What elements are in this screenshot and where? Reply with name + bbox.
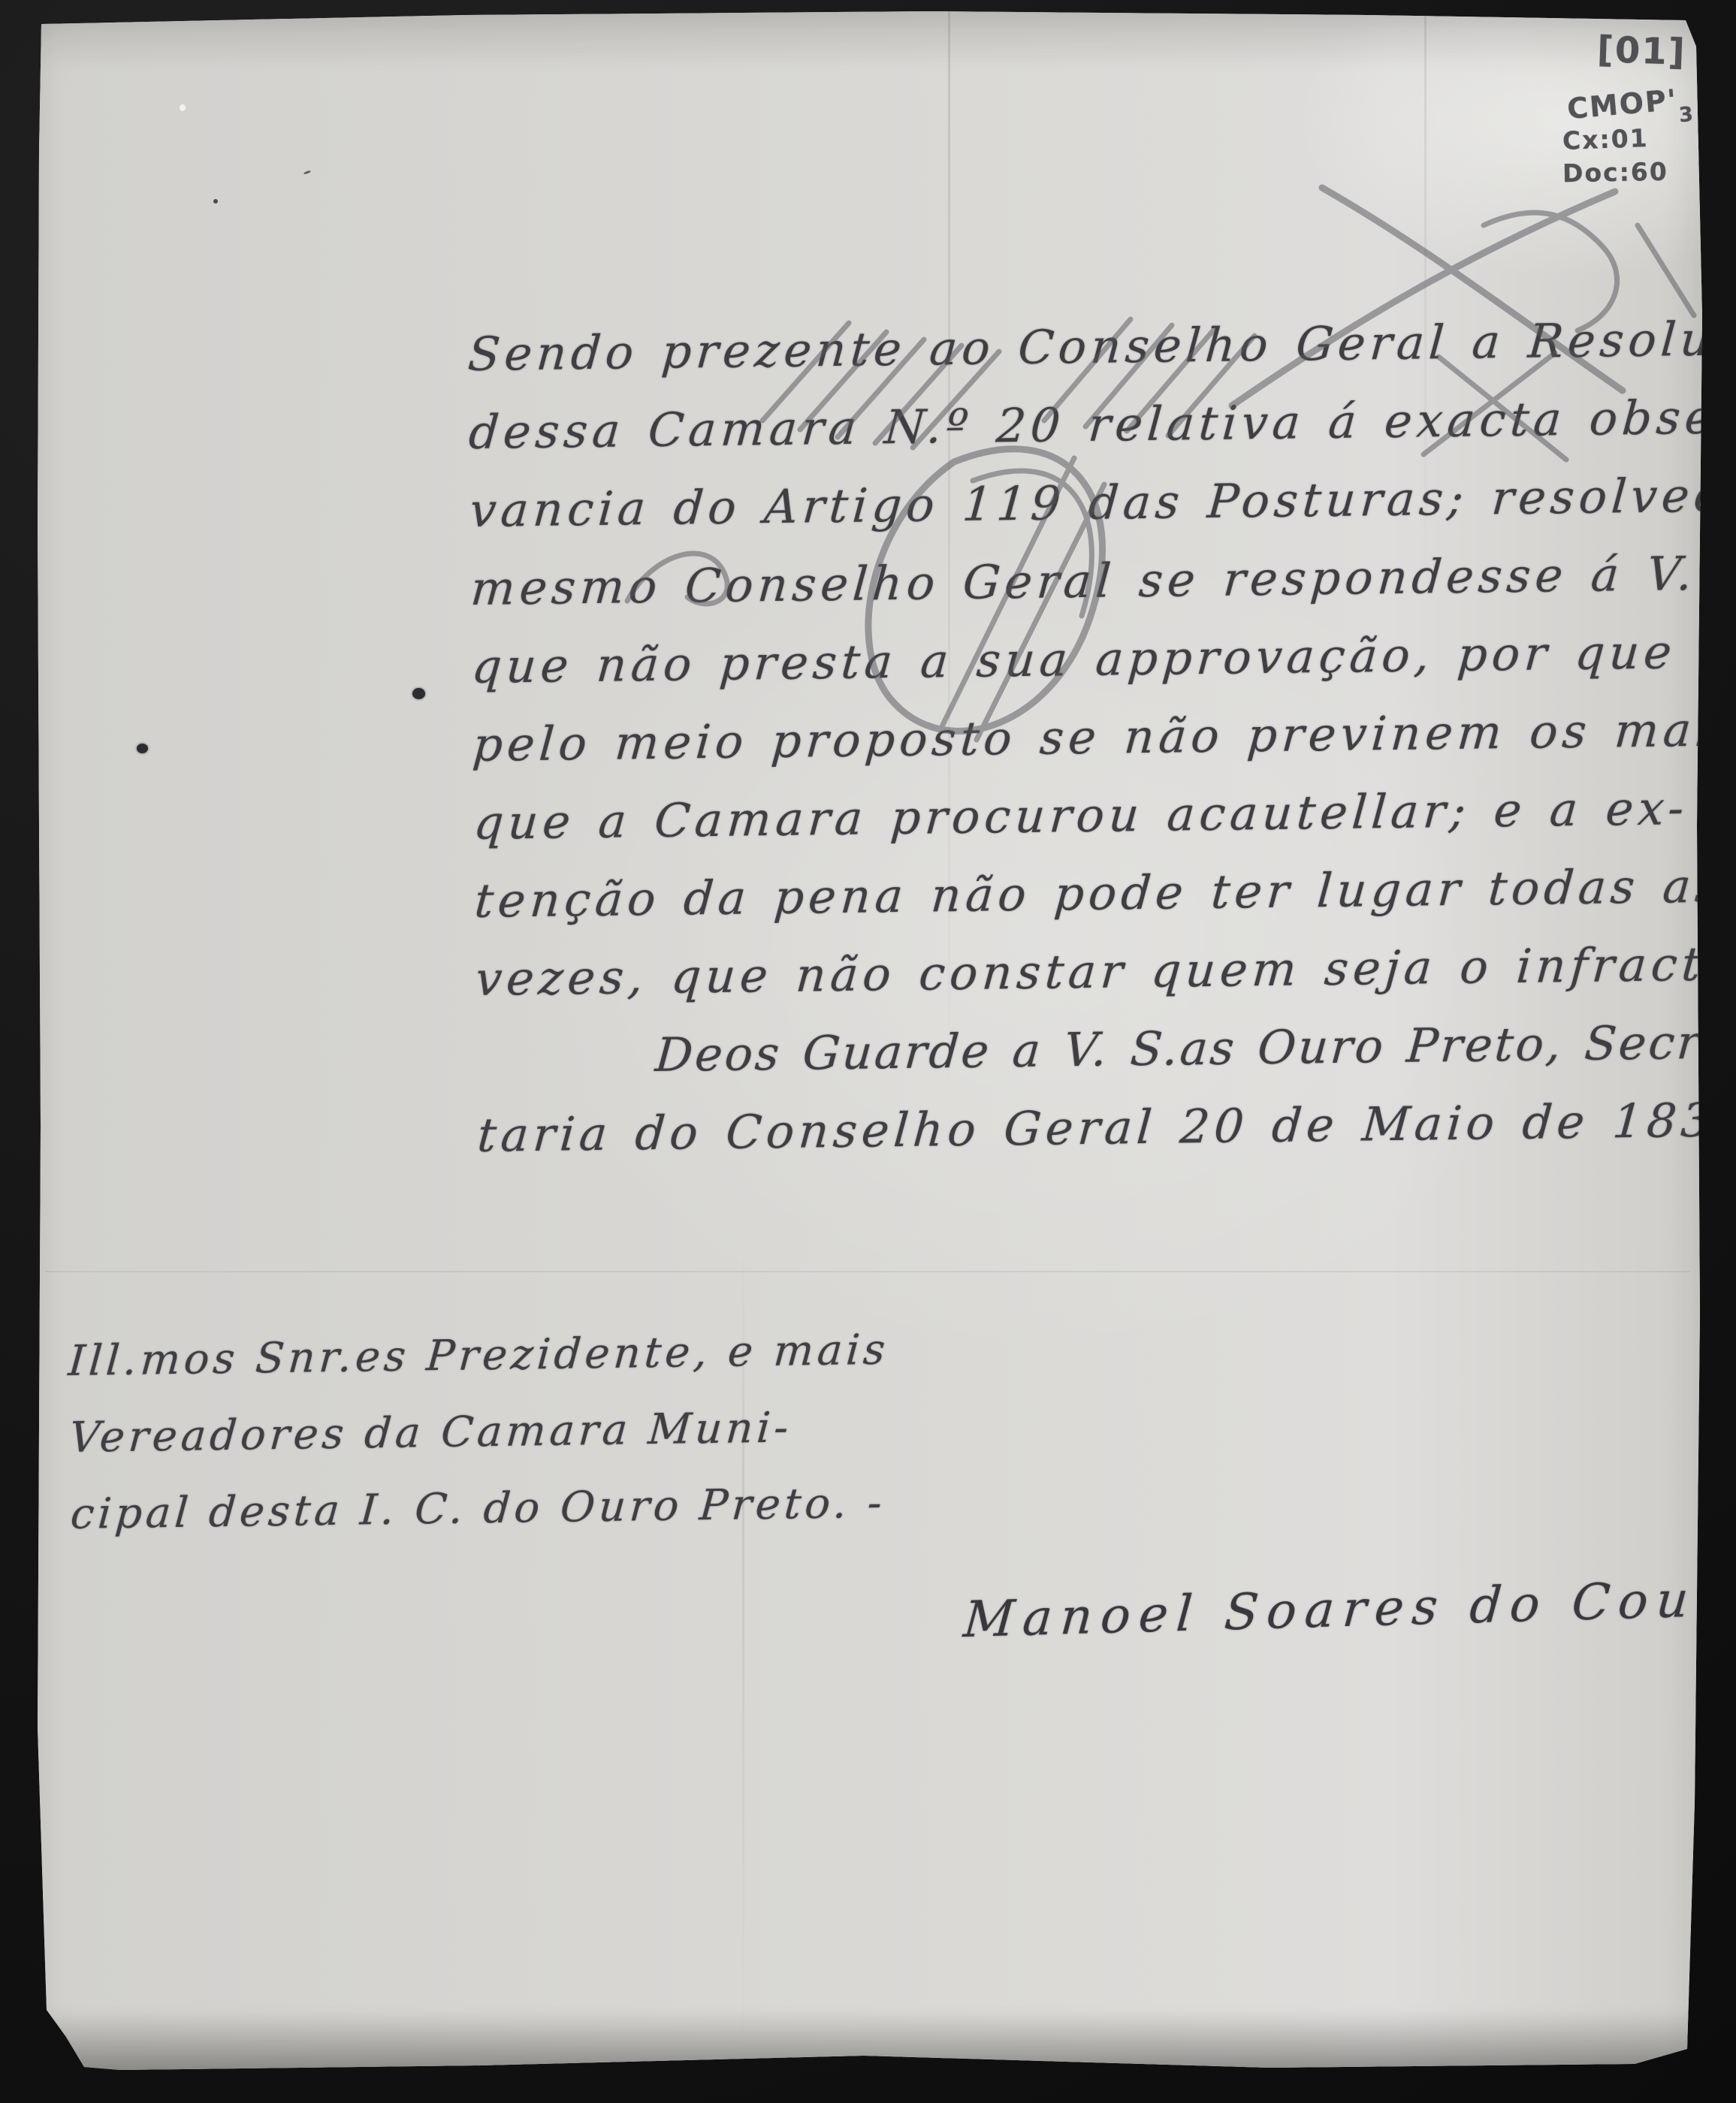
body-line: que a Camara procurou acautellar; e a ex… [471,767,1736,862]
ink-blot [137,744,148,753]
address-line: cipal desta I. C. do Ouro Preto. - [68,1465,893,1553]
address-line: Ill.mos Snr.es Prezidente, e mais [65,1312,891,1400]
paper-speck [303,170,311,174]
archival-index-number: [01] [1596,29,1687,74]
body-line-valediction: Deos Guarde a V. S.as Ouro Preto, Secre- [653,1001,1736,1094]
body-line: vancia do Artigo 119 das Posturas; resol… [467,454,1736,550]
paper-speck [180,104,186,111]
horizontal-fold-crease [45,1271,1690,1272]
body-line: vezes, que não constar quem seja o infra… [472,923,1736,1018]
archival-box-number: Cx:01 [1562,123,1649,155]
body-line: pelo meio proposto se não previnem os ma… [470,689,1736,784]
fond-code-subscript: 3 [1678,103,1695,128]
archival-document-number: Doc:60 [1562,157,1668,188]
manuscript-page: [01] CMOP'3 Cx:01 Doc:60 Sendo prezente … [0,0,1736,2103]
address-line: Vereadores da Camara Muni- [67,1389,892,1477]
letter-body: Sendo prezente ao Conselho Geral a Resol… [464,298,1736,1174]
archival-fond-code: CMOP'3 [1565,82,1694,126]
body-line: Sendo prezente ao Conselho Geral a Resol… [465,298,1736,394]
body-line: dessa Camara N.º 20 relativa á exacta ob… [466,376,1736,472]
body-line: mesmo Conselho Geral se respondesse á V.… [468,533,1736,628]
ink-blot [412,688,425,699]
scanned-document: [01] CMOP'3 Cx:01 Doc:60 Sendo prezente … [0,0,1736,2103]
paper-speck [213,199,218,204]
fond-code-text: CMOP' [1565,83,1679,126]
signature: Manoel Soares do Couto [962,1568,1736,1649]
body-line: tenção da pena não pode ter lugar todas … [472,845,1736,940]
body-line: que não presta a sua approvação, por que [469,611,1736,706]
letter-addressee: Ill.mos Snr.es Prezidente, e mais Veread… [65,1312,888,1553]
body-line-dateline: taria do Conselho Geral 20 de Maio de 18… [475,1079,1736,1175]
